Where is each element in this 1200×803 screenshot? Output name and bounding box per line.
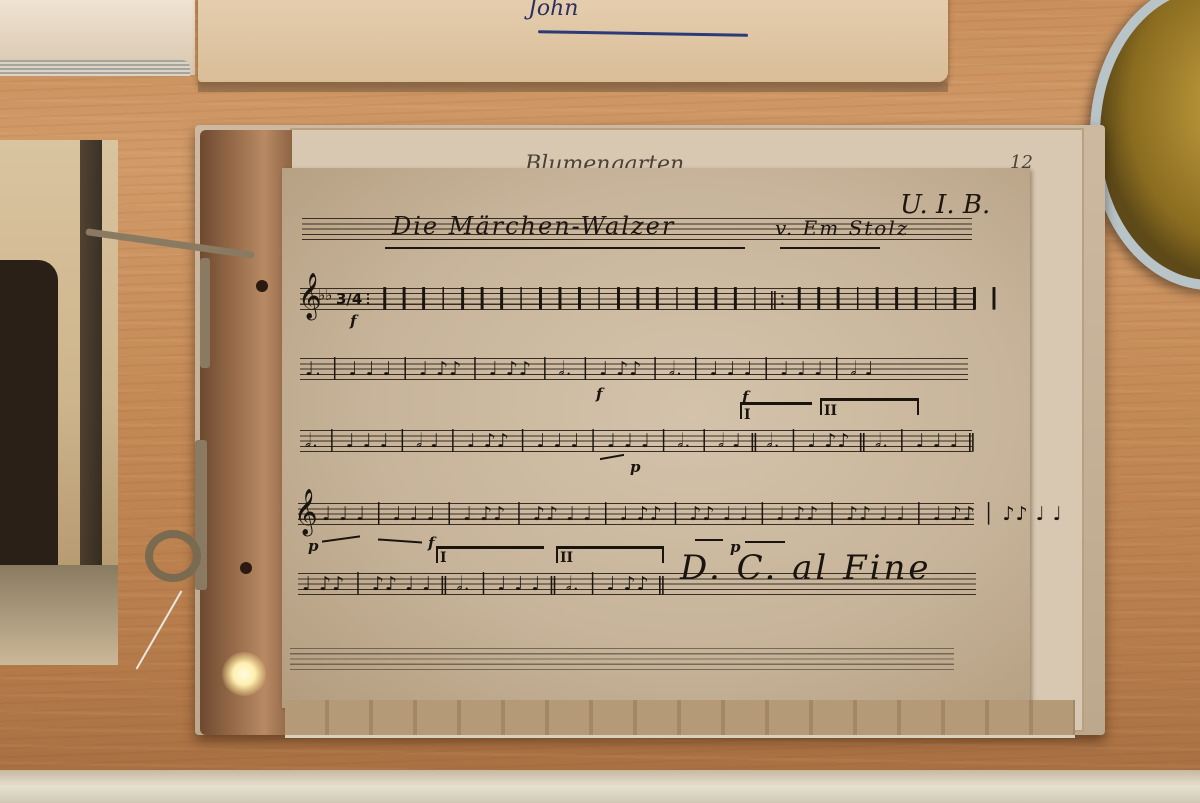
staff-1-notes: ⁝ ┃ ┃ ┃ │ ┃ ┃ ┃ │ ┃ ┃ ┃ │ ┃ ┃ ┃ │ ┃ ┃ ┃ …: [365, 288, 1001, 310]
binding-hole: [240, 562, 252, 574]
composer-name: v. Em Stolz: [775, 216, 909, 240]
top-left-paper-stack: [0, 60, 190, 76]
dynamic-mark: f: [350, 312, 356, 330]
staff-2-notes: ♩. │ ♩ ♩ ♩ │ ♩ ♪♪ │ ♩ ♪♪ │ 𝅗𝅥. │ ♩ ♪♪ │ …: [305, 358, 875, 380]
staff-5-notes: ♩ ♪♪ │ ♪♪ ♩ ♩ ‖ 𝅗𝅥. │ ♩ ♩ ♩ ‖ 𝅗𝅥. │ ♩ ♪♪…: [302, 573, 667, 595]
dynamic-mark: p: [308, 537, 319, 555]
light-reflection: [222, 652, 266, 696]
first-ending-label: I: [440, 550, 447, 566]
title-underline: [385, 247, 745, 249]
top-booklet-edge: [198, 82, 948, 92]
treble-clef-icon: 𝄞: [294, 492, 318, 532]
staff-4-notes: ♩ ♩ ♩ │ ♩ ♩ ♩ │ ♩ ♪♪ │ ♪♪ ♩ ♩ │ ♩ ♪♪ │ ♪…: [322, 503, 1063, 525]
display-case-glass-edge: [0, 770, 1200, 803]
da-capo-al-fine-mark: D. C. al Fine: [680, 548, 932, 588]
string-knot: [145, 530, 201, 582]
dynamic-mark: f: [596, 385, 602, 403]
blue-ink-stroke: [538, 30, 748, 37]
piece-title: Die Märchen-Walzer: [392, 212, 675, 240]
book-spine: [200, 130, 292, 735]
first-ending-label: I: [744, 407, 751, 423]
dynamic-mark: f: [428, 534, 434, 552]
composer-underline: [780, 247, 880, 249]
key-signature: ♭♭: [318, 286, 332, 304]
first-ending-bracket: [740, 402, 812, 419]
binding-string-tail: [200, 258, 210, 368]
top-booklet: John: [198, 0, 948, 82]
binding-hole: [256, 280, 268, 292]
owner-initials: U. I. B.: [900, 190, 990, 220]
staff-3-notes: 𝅗𝅥. │ ♩ ♩ ♩ │ 𝅗𝅥 ♩ │ ♩ ♪♪ │ ♩ ♩ ♩ │ ♩ ♩ …: [305, 430, 977, 452]
empty-staff: [290, 648, 954, 670]
time-signature: 3/4: [336, 290, 362, 308]
dynamic-mark: p: [630, 458, 641, 476]
old-photograph: [0, 140, 118, 665]
first-ending-bracket: [436, 546, 544, 563]
torn-page-edges: [285, 700, 1075, 738]
photo-ground: [0, 565, 118, 665]
second-ending-label: II: [560, 550, 573, 566]
second-ending-label: II: [824, 403, 837, 419]
top-booklet-signature: John: [528, 0, 578, 21]
